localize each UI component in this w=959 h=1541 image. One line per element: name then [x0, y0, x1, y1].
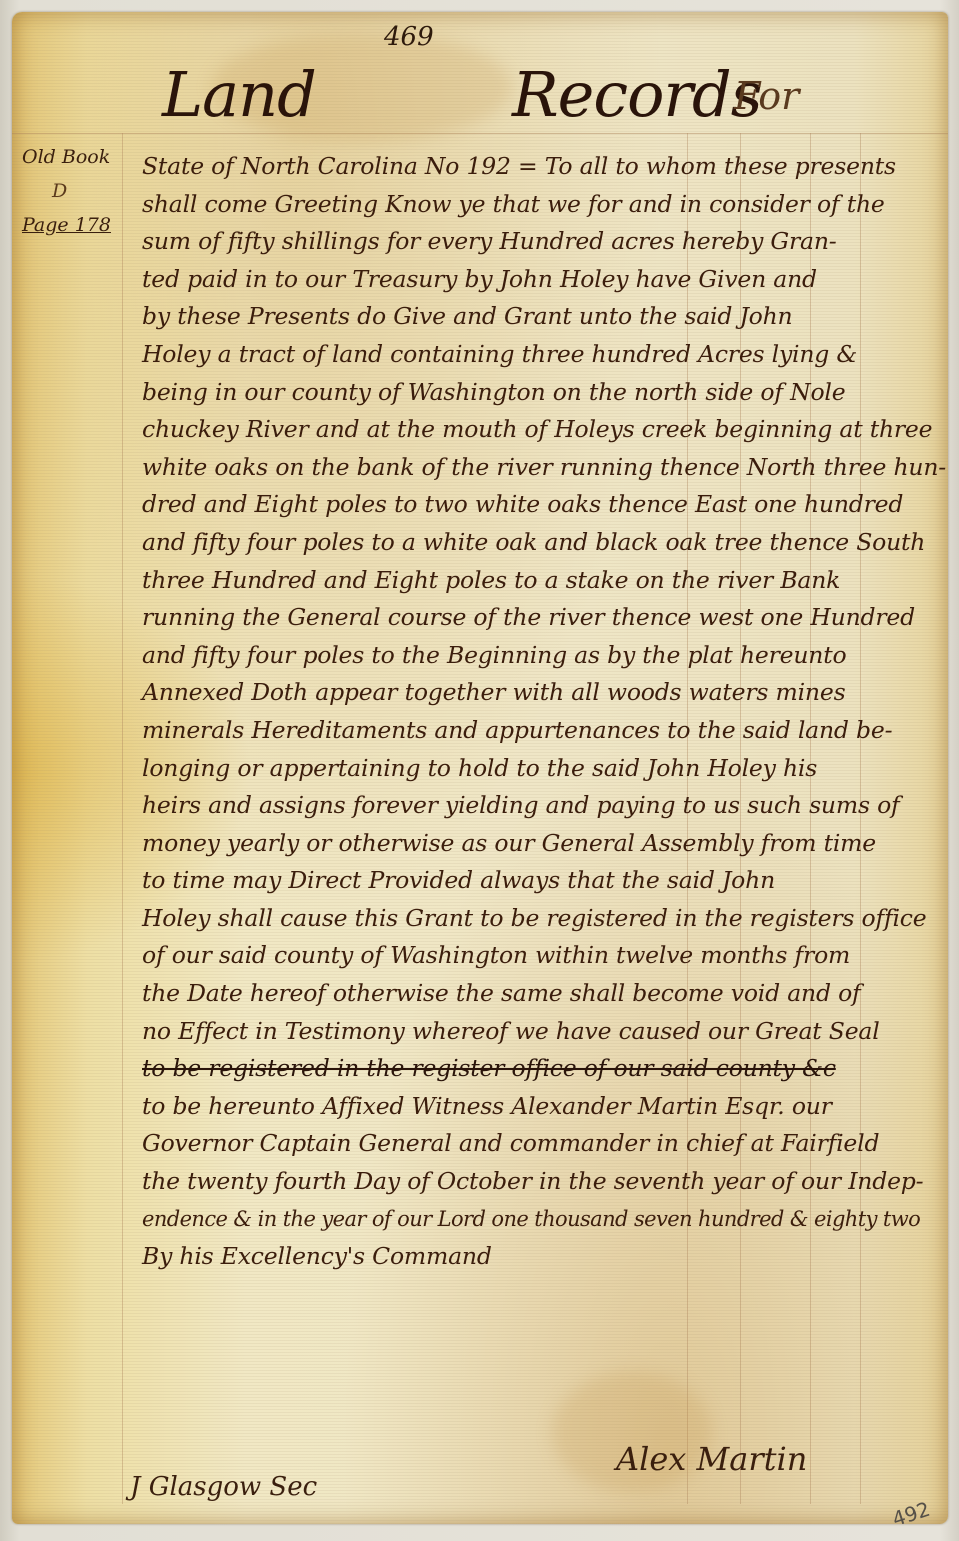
text-line: endence & in the year of our Lord one th… — [142, 1201, 942, 1239]
title-for: For — [734, 74, 799, 118]
document-page: 469 Land Records For Old Book D Page 178… — [12, 12, 948, 1524]
text-line: heirs and assigns forever yielding and p… — [142, 787, 942, 825]
text-line: to be hereunto Affixed Witness Alexander… — [142, 1088, 942, 1126]
text-line: Holey shall cause this Grant to be regis… — [142, 900, 942, 938]
text-line: being in our county of Washington on the… — [142, 374, 942, 412]
text-line: chuckey River and at the mouth of Holeys… — [142, 411, 942, 449]
margin-note: Old Book D Page 178 — [22, 140, 130, 242]
governor-signature: Alex Martin — [616, 1440, 807, 1478]
text-line: by these Presents do Give and Grant unto… — [142, 298, 942, 336]
text-line: three Hundred and Eight poles to a stake… — [142, 562, 942, 600]
text-line: longing or appertaining to hold to the s… — [142, 750, 942, 788]
text-line: and fifty four poles to the Beginning as… — [142, 637, 942, 675]
text-line: sum of fifty shillings for every Hundred… — [142, 223, 942, 261]
text-line: no Effect in Testimony whereof we have c… — [142, 1013, 942, 1051]
text-line: the Date hereof otherwise the same shall… — [142, 975, 942, 1013]
title-records: Records — [512, 64, 762, 126]
text-line: By his Excellency's Command — [142, 1238, 942, 1276]
page-number: 469 — [384, 22, 434, 52]
text-line: and fifty four poles to a white oak and … — [142, 524, 942, 562]
text-line: of our said county of Washington within … — [142, 937, 942, 975]
text-line: to time may Direct Provided always that … — [142, 862, 942, 900]
margin-note-page: Page 178 — [22, 208, 130, 242]
text-line: white oaks on the bank of the river runn… — [142, 449, 942, 487]
text-line: Annexed Doth appear together with all wo… — [142, 674, 942, 712]
grant-text: State of North Carolina No 192 = To all … — [142, 148, 942, 1276]
title-land: Land — [162, 64, 316, 126]
margin-rule-line — [122, 133, 123, 1504]
secretary-signature: J Glasgow Sec — [130, 1472, 317, 1502]
margin-note-book-letter: D — [22, 174, 130, 208]
text-line: running the General course of the river … — [142, 599, 942, 637]
margin-note-old-book: Old Book — [22, 140, 130, 174]
text-line: Governor Captain General and commander i… — [142, 1125, 942, 1163]
text-line: Holey a tract of land containing three h… — [142, 336, 942, 374]
text-line: State of North Carolina No 192 = To all … — [142, 148, 942, 186]
header-rule-line — [12, 133, 948, 134]
text-line: shall come Greeting Know ye that we for … — [142, 186, 942, 224]
text-line: minerals Hereditaments and appurtenances… — [142, 712, 942, 750]
text-line: dred and Eight poles to two white oaks t… — [142, 486, 942, 524]
text-line: money yearly or otherwise as our General… — [142, 825, 942, 863]
scan-background: 469 Land Records For Old Book D Page 178… — [0, 0, 959, 1541]
pencil-annotation: 492 — [889, 1497, 933, 1524]
struck-through-line: to be registered in the register office … — [142, 1050, 942, 1088]
text-line: ted paid in to our Treasury by John Hole… — [142, 261, 942, 299]
text-line: the twenty fourth Day of October in the … — [142, 1163, 942, 1201]
